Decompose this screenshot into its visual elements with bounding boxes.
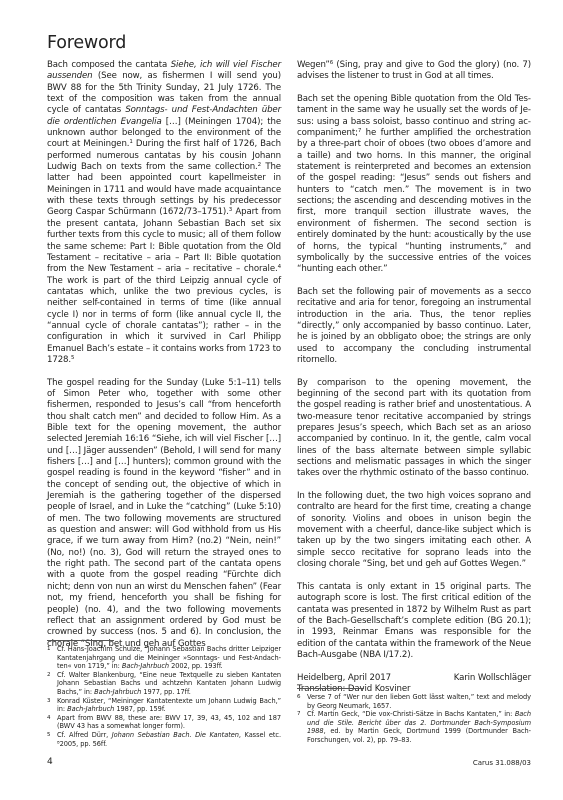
footnote-3: 3Konrad Küster, “Meininger Kantatentexte…: [47, 697, 281, 714]
paragraph-duet: In the following duet, the two high voic…: [297, 491, 531, 570]
paragraph-tenor: Bach set the following pair of movements…: [297, 287, 531, 366]
paragraph-gospel: The gospel reading for the Sunday (Luke …: [47, 378, 281, 650]
right-column: Wegen”6 (Sing, pray and give to God the …: [297, 60, 531, 695]
footnote-2: 2Cf. Walter Blankenburg, “Eine neue Text…: [47, 671, 281, 697]
footnotes-right: 6Verse 7 of “Wer nur den lieben Gott läs…: [297, 693, 531, 745]
page-title: Foreword: [47, 33, 126, 53]
footnote-divider-left: [47, 640, 114, 641]
paragraph-second-part: By comparison to the opening movement, t…: [297, 378, 531, 480]
place-date: Heidelberg, April 2017: [297, 673, 391, 684]
footnote-5: 5Cf. Alfred Dürr, Johann Sebastian Bach.…: [47, 731, 281, 748]
footnote-6: 6Verse 7 of “Wer nur den lieben Gott läs…: [297, 693, 531, 710]
footnote-1: 1Cf. Hans-Joachim Schulze, “Johann Sebas…: [47, 645, 281, 671]
left-column: Bach composed the cantata Siehe, ich wil…: [47, 60, 281, 661]
signature: Heidelberg, April 2017 Karin Wollschläge…: [297, 673, 531, 684]
footnotes-left: 1Cf. Hans-Joachim Schulze, “Johann Sebas…: [47, 645, 281, 748]
paragraph-sources: This cantata is only extant in 15 origin…: [297, 582, 531, 661]
catalog-number: Carus 31.088/03: [473, 759, 531, 767]
paragraph-intro: Bach composed the cantata Siehe, ich wil…: [47, 60, 281, 366]
paragraph-chorale: Wegen”6 (Sing, pray and give to God the …: [297, 60, 531, 83]
page-number: 4: [47, 757, 53, 767]
footnote-divider-right: [297, 688, 364, 689]
footnote-ref-4[interactable]: 4: [278, 264, 281, 270]
footnote-7: 7Cf. Martin Geck, “Die vox-Christi-Sätze…: [297, 710, 531, 744]
author: Karin Wollschläger: [454, 673, 531, 684]
footnote-4: 4Apart from BWV 88, these are: BWV 17, 3…: [47, 714, 281, 731]
footnote-ref-5[interactable]: 5: [71, 355, 74, 361]
paragraph-opening-movement: Bach set the opening Bible quotation fro…: [297, 94, 531, 276]
